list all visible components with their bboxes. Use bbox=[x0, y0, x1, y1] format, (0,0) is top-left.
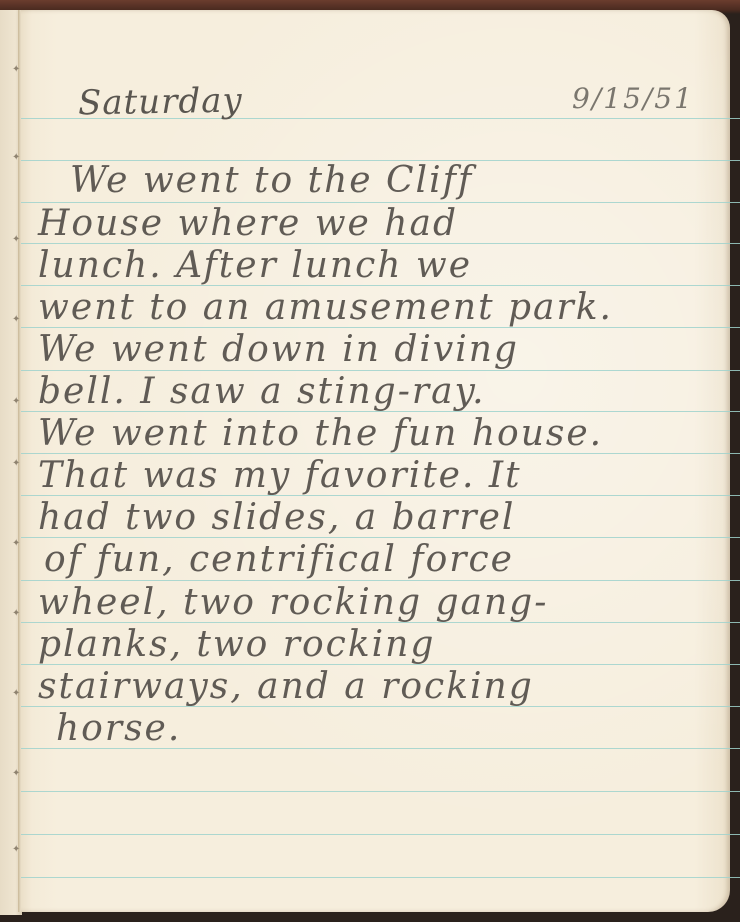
text-line: We went down in diving bbox=[38, 329, 519, 370]
text-line: House where we had bbox=[38, 203, 458, 244]
rule-line bbox=[18, 580, 740, 581]
text-line: That was my favorite. It bbox=[38, 455, 522, 496]
stitch-hole-icon: ✦ bbox=[12, 460, 22, 468]
entry-date: 9/15/51 bbox=[572, 82, 694, 115]
stitch-hole-icon: ✦ bbox=[12, 236, 22, 244]
stitch-hole-icon: ✦ bbox=[12, 770, 22, 778]
stitch-hole-icon: ✦ bbox=[12, 690, 22, 698]
text-line: of fun, centrifical force bbox=[44, 539, 514, 580]
text-line: wheel, two rocking gang- bbox=[38, 582, 548, 623]
text-line: bell. I saw a sting-ray. bbox=[38, 371, 486, 412]
stitch-hole-icon: ✦ bbox=[12, 846, 22, 854]
stitch-hole-icon: ✦ bbox=[12, 398, 22, 406]
stitch-hole-icon: ✦ bbox=[12, 316, 22, 324]
text-line: had two slides, a barrel bbox=[38, 497, 515, 538]
text-line: planks, two rocking bbox=[38, 624, 435, 665]
text-line: We went to the Cliff bbox=[70, 160, 473, 201]
stitch-hole-icon: ✦ bbox=[12, 66, 22, 74]
rule-line bbox=[18, 834, 740, 835]
text-line: lunch. After lunch we bbox=[38, 245, 472, 286]
text-line: We went into the fun house. bbox=[38, 413, 603, 454]
stitch-hole-icon: ✦ bbox=[12, 610, 22, 618]
text-line: went to an amusement park. bbox=[38, 287, 613, 328]
entry-heading: Saturday bbox=[78, 81, 243, 124]
stitch-hole-icon: ✦ bbox=[12, 540, 22, 548]
rule-line bbox=[18, 877, 740, 878]
stitch-hole-icon: ✦ bbox=[12, 154, 22, 162]
text-line: stairways, and a rocking bbox=[38, 666, 534, 707]
rule-line bbox=[18, 791, 740, 792]
text-line: horse. bbox=[56, 708, 181, 749]
